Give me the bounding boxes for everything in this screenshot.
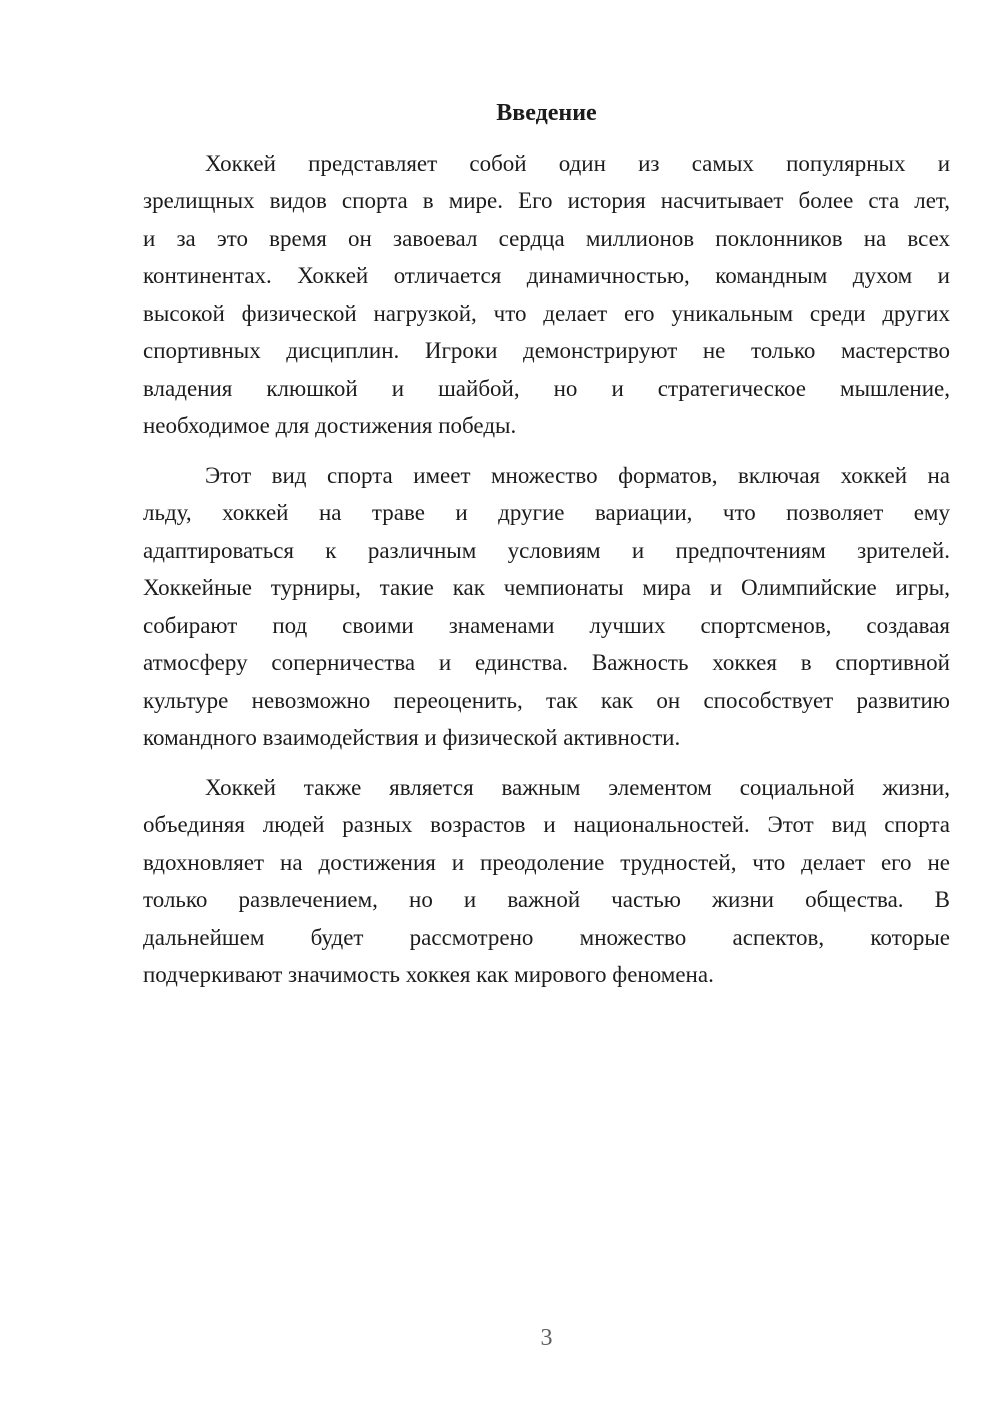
text-line: дальнейшем будет рассмотрено множество а… <box>143 919 950 957</box>
text-line: собирают под своими знаменами лучших спо… <box>143 607 950 645</box>
page-number: 3 <box>143 1320 950 1358</box>
text-line: вдохновляет на достижения и преодоление … <box>143 844 950 882</box>
text-line: льду, хоккей на траве и другие вариации,… <box>143 494 950 532</box>
text-line: Этот вид спорта имеет множество форматов… <box>143 457 950 495</box>
document-page: Введение Хоккей представляет собой один … <box>0 0 1000 1414</box>
paragraph-introduction-2: Этот вид спорта имеет множество форматов… <box>143 457 950 757</box>
text-line: спортивных дисциплин. Игроки демонстриру… <box>143 332 950 370</box>
text-line: атмосферу соперничества и единства. Важн… <box>143 644 950 682</box>
text-line: владения клюшкой и шайбой, но и стратеги… <box>143 370 950 408</box>
paragraph-introduction-1: Хоккей представляет собой один из самых … <box>143 145 950 445</box>
text-line: командного взаимодействия и физической а… <box>143 719 950 757</box>
text-line: континентах. Хоккей отличается динамично… <box>143 257 950 295</box>
text-line: и за это время он завоевал сердца миллио… <box>143 220 950 258</box>
text-line: Хоккей представляет собой один из самых … <box>143 145 950 183</box>
text-line: Хоккей также является важным элементом с… <box>143 769 950 807</box>
document-content: Введение Хоккей представляет собой один … <box>143 95 950 1006</box>
page-title: Введение <box>143 95 950 133</box>
text-line: высокой физической нагрузкой, что делает… <box>143 295 950 333</box>
text-line: Хоккейные турниры, такие как чемпионаты … <box>143 569 950 607</box>
text-line: только развлечением, но и важной частью … <box>143 881 950 919</box>
text-line: объединяя людей разных возрастов и нацио… <box>143 806 950 844</box>
text-line: зрелищных видов спорта в мире. Его истор… <box>143 182 950 220</box>
text-line: культуре невозможно переоценить, так как… <box>143 682 950 720</box>
text-line: подчеркивают значимость хоккея как миров… <box>143 956 950 994</box>
text-line: необходимое для достижения победы. <box>143 407 950 445</box>
paragraph-introduction-3: Хоккей также является важным элементом с… <box>143 769 950 994</box>
text-line: адаптироваться к различным условиям и пр… <box>143 532 950 570</box>
